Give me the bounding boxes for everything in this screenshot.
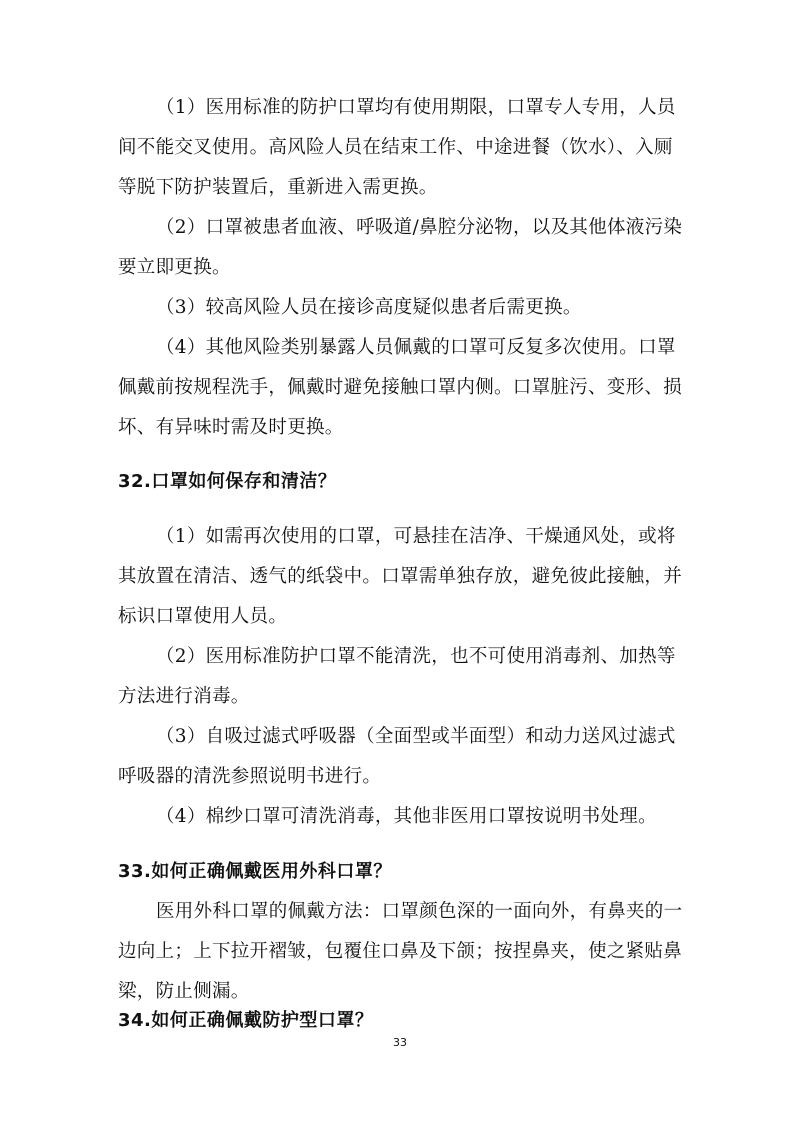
- paragraph-line: 佩戴前按规程洗手，佩戴时避免接触口罩内侧。口罩脏污、变形、损: [118, 376, 688, 400]
- paragraph-line: （1）如需再次使用的口罩，可悬挂在洁净、干燥通风处，或将: [156, 525, 726, 549]
- paragraph-line: （4）其他风险类别暴露人员佩戴的口罩可反复多次使用。口罩: [156, 336, 726, 360]
- paragraph-line: （3）自吸过滤式呼吸器（全面型或半面型）和动力送风过滤式: [156, 725, 726, 749]
- section-heading-32: 32.口罩如何保存和清洁？: [118, 470, 688, 494]
- paragraph-line: （3）较高风险人员在接诊高度疑似患者后需更换。: [156, 296, 726, 320]
- paragraph-line: 等脱下防护装置后，重新进入需更换。: [118, 176, 688, 200]
- document-page: （1）医用标准的防护口罩均有使用期限，口罩专人专用，人员 间不能交叉使用。高风险…: [0, 0, 800, 1131]
- page-number: 33: [0, 1036, 800, 1049]
- paragraph-line: （4）棉纱口罩可清洗消毒，其他非医用口罩按说明书处理。: [156, 805, 726, 829]
- paragraph-line: 要立即更换。: [118, 256, 688, 280]
- paragraph-line: （2）口罩被患者血液、呼吸道/鼻腔分泌物，以及其他体液污染: [156, 216, 726, 240]
- paragraph-line: 梁，防止侧漏。: [118, 980, 688, 1004]
- paragraph-line: （2）医用标准防护口罩不能清洗，也不可使用消毒剂、加热等: [156, 645, 726, 669]
- paragraph-line: 间不能交叉使用。高风险人员在结束工作、中途进餐（饮水）、入厕: [118, 136, 688, 160]
- paragraph-line: 边向上；上下拉开褶皱，包覆住口鼻及下颌；按捏鼻夹，使之紧贴鼻: [118, 940, 688, 964]
- section-heading-34: 34.如何正确佩戴防护型口罩？: [118, 1009, 688, 1033]
- paragraph-line: 呼吸器的清洗参照说明书进行。: [118, 765, 688, 789]
- paragraph-line: （1）医用标准的防护口罩均有使用期限，口罩专人专用，人员: [156, 96, 726, 120]
- paragraph-line: 方法进行消毒。: [118, 685, 688, 709]
- paragraph-line: 坏、有异味时需及时更换。: [118, 416, 688, 440]
- paragraph-line: 标识口罩使用人员。: [118, 605, 688, 629]
- paragraph-line: 医用外科口罩的佩戴方法：口罩颜色深的一面向外，有鼻夹的一: [156, 900, 726, 924]
- section-heading-33: 33.如何正确佩戴医用外科口罩？: [118, 860, 688, 884]
- paragraph-line: 其放置在清洁、透气的纸袋中。口罩需单独存放，避免彼此接触，并: [118, 565, 688, 589]
